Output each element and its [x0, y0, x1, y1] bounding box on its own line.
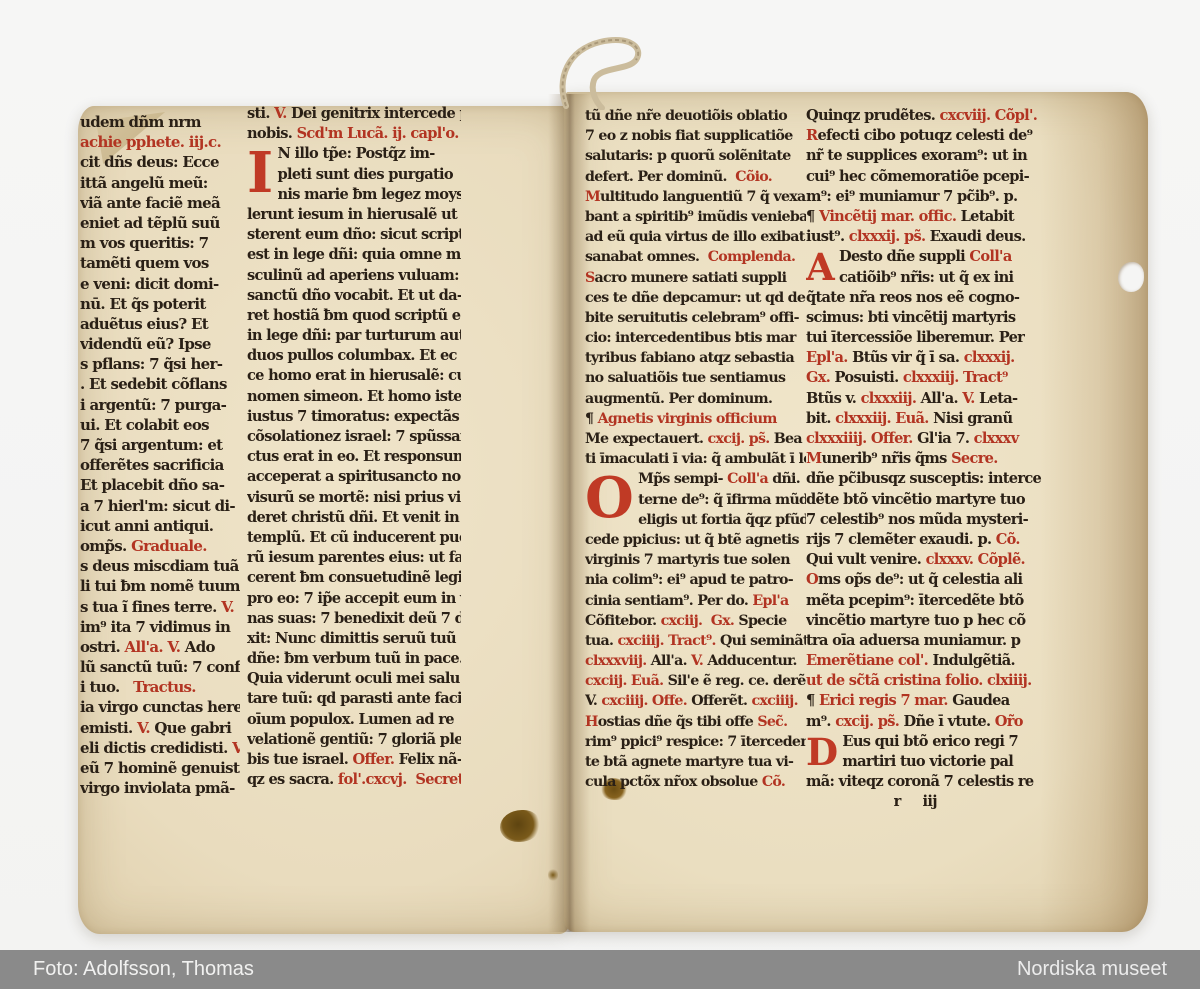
text-line: Multitudo languentiũ 7 q̃ vexa-: [585, 187, 806, 207]
text-line: acceperat a spiritusancto non: [247, 467, 461, 487]
text-line: tare tuũ: qd parasti ante faciẽ: [247, 689, 461, 709]
text-line: Btũs v. clxxxiij. All'a. V. Leta-: [806, 389, 1042, 409]
text-line: ad eũ quia virtus de illo exibat: et: [585, 227, 806, 247]
text-line: est in lege dñi: quia omne ma-: [247, 245, 461, 265]
text-line: velationẽ gentiũ: 7 gloriã ple: [247, 730, 461, 750]
text-line: Munerib⁹ nr̃is q̃ms Secre.: [806, 449, 1042, 469]
text-line: Gx. Posuisti. clxxxiij. Tract⁹: [806, 368, 1042, 388]
text-line: s pflans: 7 q̃si her-: [80, 354, 240, 374]
text-line: eniet ad tẽplũ suũ: [80, 213, 240, 233]
text-line: nobis. Scd'm Lucã. ij. capl'o.: [247, 124, 461, 144]
text-line: virginis 7 martyris tue solen: [585, 550, 806, 570]
text-line: ret hostiã ƀm quod scriptũ est: [247, 306, 461, 326]
text-line: viã ante faciẽ meã: [80, 193, 240, 213]
text-line: tamẽti quem vos: [80, 253, 240, 273]
text-line: . Et sedebit cõflans: [80, 374, 240, 394]
text-line: pleti sunt dies purgatio: [247, 165, 461, 185]
text-line: martiri tuo victorie pal: [806, 752, 1042, 772]
text-line: no saluatiõis tue sentiamus: [585, 368, 806, 388]
text-line: cxciij. Euã. Sil'e ẽ reg. ce. derẽ: [585, 671, 806, 691]
text-line: nū. Et q̃s poterit: [80, 294, 240, 314]
text-line: tra oīa aduersa muniamur. p: [806, 631, 1042, 651]
illuminated-initial: A: [806, 249, 834, 285]
text-line: li tui ƀm nomẽ tuum: [80, 576, 240, 596]
text-line: ce homo erat in hierusalẽ: cui: [247, 366, 461, 386]
text-line: cerent ƀm consuetudinẽ legis: [247, 568, 461, 588]
text-line: augmentũ. Per dominum.: [585, 389, 806, 409]
text-line: cio: intercedentibus btis mar: [585, 328, 806, 348]
text-line: tui ītercessiõe liberemur. Per: [806, 328, 1042, 348]
text-line: IN illo tp̃e: Postq̃z im-: [247, 144, 461, 164]
text-line: icut anni antiqui.: [80, 516, 240, 536]
text-line: r iij: [806, 792, 1042, 812]
text-line: sanabat omnes. Complenda.: [585, 247, 806, 267]
text-line: lũ sanctũ tuũ: 7 confi: [80, 657, 240, 677]
text-line: cit dñs deus: Ecce: [80, 152, 240, 172]
text-line: ¶ Agnetis virginis officium: [585, 409, 806, 429]
text-line: Sacro munere satiati suppli: [585, 268, 806, 288]
text-line: i tuo. Tractus.: [80, 677, 240, 697]
text-line: cula pctõx nr̃ox obsolue Cõ.: [585, 772, 806, 792]
text-line: clxxxviij. All'a. V. Adducentur.: [585, 651, 806, 671]
text-line: nomen simeon. Et homo iste: [247, 387, 461, 407]
illuminated-initial: O: [585, 471, 633, 525]
text-line: Quia viderunt oculi mei salu: [247, 669, 461, 689]
text-line: scimus: bti vincẽtij martyris: [806, 308, 1042, 328]
museum-photo: udem dñm nrmachie pphete. iij.c.cit dñs …: [0, 0, 1200, 989]
text-line: omp̃s. Graduale.: [80, 536, 240, 556]
text-line: visurũ se mortẽ: nisi prius vi-: [247, 488, 461, 508]
text-line: a 7 hierl'm: sicut di-: [80, 496, 240, 516]
text-column-right-outer: Quinqz prudẽtes. cxcviij. Cõpl'.Refecti …: [806, 106, 1042, 824]
text-line: im⁹ ita 7 vidimus in: [80, 617, 240, 637]
text-line: mã: viteqz coronã 7 celestis re: [806, 772, 1042, 792]
text-line: eli dictis credidisti. V: [80, 738, 240, 758]
text-line: dẽte btõ vincẽtio martyre tuo: [806, 490, 1042, 510]
text-line: ostri. All'a. V. Ado: [80, 637, 240, 657]
text-line: cui⁹ hec cõmemoratiõe pcepi-: [806, 167, 1042, 187]
text-line: s deus miscdiam tuã: [80, 556, 240, 576]
text-line: nis marie ƀm legez moysi: tu-: [247, 185, 461, 205]
text-line: bant a spiritib⁹ imũdis veniebant: [585, 207, 806, 227]
text-line: mẽta pcepim⁹: ītercedẽte btõ: [806, 591, 1042, 611]
text-line: bite seruitutis celebram⁹ offi-: [585, 308, 806, 328]
museum-name: Nordiska museet: [1017, 958, 1167, 981]
text-column-left-inner: sti. V. Dei genitrix intercede pronobis.…: [247, 104, 461, 804]
text-line: ctus erat in eo. Et responsum: [247, 447, 461, 467]
text-line: ia virgo cunctas here: [80, 697, 240, 717]
text-line: salutaris: p quorũ solẽnitate: [585, 146, 806, 166]
text-line: cinia sentiam⁹. Per do. Epl'a: [585, 591, 806, 611]
text-line: offerẽtes sacrificia: [80, 455, 240, 475]
text-line: emisti. V. Que gabri: [80, 718, 240, 738]
text-line: ti īmaculati ī via: q̃ ambulãt ī lege: [585, 449, 806, 469]
text-line: xit: Nunc dimittis seruũ tuũ: [247, 629, 461, 649]
text-line: eũ 7 hominẽ genuisti:: [80, 758, 240, 778]
text-line: nr̃ te supplices exoram⁹: ut in: [806, 146, 1042, 166]
text-line: nas suas: 7 benedixit deũ 7 di: [247, 609, 461, 629]
text-line: ces te dñe depcamur: ut qd de: [585, 288, 806, 308]
text-line: ui. Et colabit eos: [80, 415, 240, 435]
text-line: 7 q̃si argentum: et: [80, 435, 240, 455]
text-line: sti. V. Dei genitrix intercede pro: [247, 104, 461, 124]
text-line: Epl'a. Btũs vir q̃ ī sa. clxxxij.: [806, 348, 1042, 368]
text-line: in lege dñi: par turturum aut: [247, 326, 461, 346]
text-line: ut de sc̃tã cristina folio. clxiiij.: [806, 671, 1042, 691]
text-line: Refecti cibo potuqz celesti de⁹: [806, 126, 1042, 146]
text-line: ¶ Erici regis 7 mar. Gaudea: [806, 691, 1042, 711]
text-line: bit. clxxxiij. Euã. Nisi granũ: [806, 409, 1042, 429]
text-line: tũ dñe nr̃e deuotiõis oblatio: [585, 106, 806, 126]
text-line: Me expectauert. cxcij. ps̃. Bea: [585, 429, 806, 449]
text-line: Et placebit dño sa-: [80, 475, 240, 495]
text-line: aduẽtus eius? Et: [80, 314, 240, 334]
text-line: dñe pc̃ibusqz susceptis: interce: [806, 469, 1042, 489]
text-line: tyribus fabiano atqz sebastia: [585, 348, 806, 368]
text-column-left-outer: udem dñm nrmachie pphete. iij.c.cit dñs …: [80, 112, 240, 804]
text-line: Qui vult venire. clxxxv. Cõplẽ.: [806, 550, 1042, 570]
text-line: sterent eum dño: sicut scriptũ: [247, 225, 461, 245]
text-line: rijs 7 clemẽter exaudi. p. Cõ.: [806, 530, 1042, 550]
text-line: DEus qui btõ erico regi 7: [806, 732, 1042, 752]
text-line: 7 celestib⁹ nos mũda mysteri-: [806, 510, 1042, 530]
text-line: rim⁹ ppici⁹ respice: 7 īterceden: [585, 732, 806, 752]
text-line: lerunt iesum in hierusalẽ ut si: [247, 205, 461, 225]
caption-bar: Foto: Adolfsson, Thomas Nordiska museet: [0, 950, 1200, 989]
text-line: pro eo: 7 ip̃e accepit eum in vl-: [247, 589, 461, 609]
illuminated-initial: D: [806, 734, 837, 770]
text-line: dñe: ƀm verbum tuũ in pace.: [247, 649, 461, 669]
text-line: Quinqz prudẽtes. cxcviij. Cõpl'.: [806, 106, 1042, 126]
text-line: Emerẽtiane col'. Indulgẽtiã.: [806, 651, 1042, 671]
text-line: 7 eo z nobis fiat supplicatiõe: [585, 126, 806, 146]
text-line: qz es sacra. fol'.cxcvj. Secreta.: [247, 770, 461, 790]
illuminated-initial: I: [247, 146, 273, 200]
text-line: sculinũ ad aperiens vuluam:: [247, 266, 461, 286]
text-line: rũ iesum parentes eius: ut fa-: [247, 548, 461, 568]
text-line: m⁹. cxcij. ps̃. Dñe ī vtute. Or̃o: [806, 712, 1042, 732]
text-line: achie pphete. iij.c.: [80, 132, 240, 152]
text-line: te btã agnete martyre tua vi-: [585, 752, 806, 772]
text-line: m vos queritis: 7: [80, 233, 240, 253]
text-line: catiõib⁹ nr̃is: ut q̃ ex ini: [806, 268, 1042, 288]
text-line: templũ. Et cũ inducerent pue: [247, 528, 461, 548]
text-line: nia colim⁹: ei⁹ apud te patro-: [585, 570, 806, 590]
text-line: vincẽtio martyre tuo p hec cõ: [806, 611, 1042, 631]
text-line: ittã angelũ meũ:: [80, 173, 240, 193]
text-line: s tua ĩ fines terre. V.: [80, 597, 240, 617]
text-line: e veni: dicit domi-: [80, 274, 240, 294]
text-line: V. cxciiij. Offe. Offerẽt. cxciiij.: [585, 691, 806, 711]
text-line: iustus 7 timoratus: expectãs: [247, 407, 461, 427]
text-line: deret christũ dñi. Et venit in: [247, 508, 461, 528]
text-line: clxxxiiij. Offer. Gl'ia 7. clxxxv: [806, 429, 1042, 449]
photo-credit: Foto: Adolfsson, Thomas: [33, 958, 254, 981]
text-line: defert. Per dominũ. Cõio.: [585, 167, 806, 187]
text-line: Oms op̃s de⁹: ut q̃ celestia ali: [806, 570, 1042, 590]
text-line: ADesto dñe suppli Coll'a: [806, 247, 1042, 267]
text-line: tua. cxciiij. Tract⁹. Qui seminãt: [585, 631, 806, 651]
text-line: sanctũ dño vocabit. Et ut da-: [247, 286, 461, 306]
text-line: oīum populox. Lumen ad re: [247, 710, 461, 730]
text-line: virgo inviolata pmã-: [80, 778, 240, 798]
text-line: cõsolationez israel: 7 spũssan-: [247, 427, 461, 447]
text-line: q̃tate nr̃a reos nos eẽ cogno-: [806, 288, 1042, 308]
text-line: bis tue israel. Offer. Felix nã-: [247, 750, 461, 770]
text-line: cede ppicius: ut q̃ btẽ agnetis: [585, 530, 806, 550]
text-line: Hostias dñe q̃s tibi offe Sec̃.: [585, 712, 806, 732]
text-line: OMp̃s sempi- Coll'a dñi.: [585, 469, 806, 489]
text-line: i argentũ: 7 purga-: [80, 395, 240, 415]
text-line: videndũ eũ? Ipse: [80, 334, 240, 354]
text-line: iust⁹. clxxxij. ps̃. Exaudi deus.: [806, 227, 1042, 247]
text-column-right-inner: tũ dñe nr̃e deuotiõis oblatio7 eo z nobi…: [585, 106, 806, 806]
text-line: udem dñm nrm: [80, 112, 240, 132]
text-line: Cõfitebor. cxciij. Gx. Specie: [585, 611, 806, 631]
text-line: duos pullos columbax. Et ec: [247, 346, 461, 366]
text-line: ¶ Vincẽtij mar. offic. Letabit: [806, 207, 1042, 227]
text-line: m⁹: ei⁹ muniamur 7 pc̃ib⁹. p.: [806, 187, 1042, 207]
